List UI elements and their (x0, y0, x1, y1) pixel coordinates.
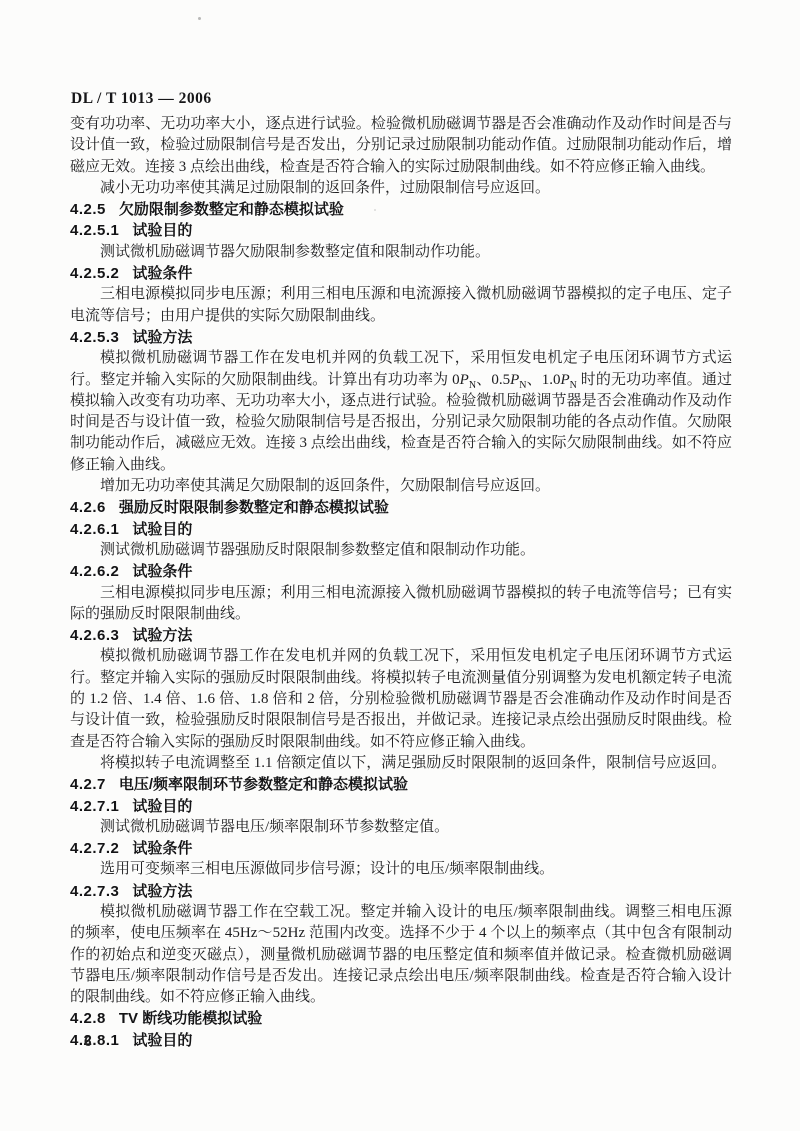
section-heading-4-2-5-1: 4.2.5.1试验目的 (70, 220, 732, 241)
section-title: 试验方法 (132, 329, 192, 346)
section-heading-4-2-8-1: 4.2.8.1试验目的 (70, 1030, 732, 1051)
section-heading-4-2-7-1: 4.2.7.1试验目的 (70, 796, 732, 817)
section-title: 试验方法 (132, 883, 192, 900)
section-number: 4.2.8 (70, 1008, 106, 1029)
section-heading-4-2-7-3: 4.2.7.3试验方法 (70, 881, 732, 902)
section-number: 4.2.7.2 (70, 838, 119, 859)
scan-artifact (198, 17, 201, 20)
section-title: 试验目的 (132, 798, 192, 815)
section-number: 4.2.5.1 (70, 220, 119, 241)
section-title: 强励反时限限制参数整定和静态模拟试验 (119, 499, 389, 516)
paragraph-4-2-6-3-method: 模拟微机励磁调节器工作在发电机并网的负载工况下，采用恒发电机定子电压闭环调节方式… (70, 646, 732, 752)
section-title: 试验目的 (132, 521, 192, 538)
section-number: 4.2.7.1 (70, 796, 119, 817)
section-number: 4.2.6.1 (70, 519, 119, 540)
section-title: 试验目的 (132, 1032, 192, 1049)
section-number: 4.2.6.2 (70, 561, 119, 582)
section-number: 4.2.5.3 (70, 327, 119, 348)
section-title: 欠励限制参数整定和静态模拟试验 (119, 201, 344, 218)
section-number: 4.2.5.2 (70, 263, 119, 284)
paragraph-4-2-6-1-purpose: 测试微机励磁调节器强励反时限限制参数整定值和限制动作功能。 (70, 540, 732, 561)
doc-number-header: DL / T 1013 — 2006 (71, 90, 212, 108)
section-heading-4-2-7: 4.2.7电压/频率限制环节参数整定和静态模拟试验 (70, 774, 732, 795)
section-heading-4-2-8: 4.2.8TV 断线功能模拟试验 (70, 1008, 732, 1029)
paragraph-4-2-6-2-conditions: 三相电源模拟同步电压源；利用三相电流源接入微机励磁调节器模拟的转子电流等信号；已… (70, 583, 732, 626)
section-heading-4-2-6-3: 4.2.6.3试验方法 (70, 625, 732, 646)
paragraph-4-2-5-1-purpose: 测试微机励磁调节器欠励限制参数整定值和限制动作功能。 (70, 242, 732, 263)
paragraph-4-2-7-2-conditions: 选用可变频率三相电压源做同步信号源；设计的电压/频率限制曲线。 (70, 859, 732, 880)
section-title: 试验条件 (132, 563, 192, 580)
section-title: 试验目的 (132, 222, 192, 239)
paragraph-4-2-5-3-method: 模拟微机励磁调节器工作在发电机并网的负载工况下，采用恒发电机定子电压闭环调节方式… (70, 348, 732, 476)
paragraph-4-2-7-1-purpose: 测试微机励磁调节器电压/频率限制环节参数整定值。 (70, 817, 732, 838)
paragraph-4-2-7-3-method: 模拟微机励磁调节器工作在空载工况。整定并输入设计的电压/频率限制曲线。调整三相电… (70, 902, 732, 1008)
section-title: 试验条件 (132, 265, 192, 282)
section-heading-4-2-6: 4.2.6强励反时限限制参数整定和静态模拟试验 (70, 497, 732, 518)
paragraph-4-2-5-2-conditions: 三相电源模拟同步电压源；利用三相电压源和电流源接入微机励磁调节器模拟的定子电压、… (70, 284, 732, 327)
paragraph-inverse-time-return: 将模拟转子电流调整至 1.1 倍额定值以下，满足强励反时限限制的返回条件，限制信… (70, 753, 732, 774)
section-number: 4.2.5 (70, 199, 106, 220)
section-number: 4.2.6.3 (70, 625, 119, 646)
doc-body: 变有功功率、无功功率大小，逐点进行试验。检验微机励磁调节器是否会准确动作及动作时… (70, 114, 732, 1051)
section-title: 电压/频率限制环节参数整定和静态模拟试验 (119, 776, 408, 793)
paragraph-underexcitation-return: 增加无功功率使其满足欠励限制的返回条件，欠励限制信号应返回。 (70, 476, 732, 497)
section-heading-4-2-7-2: 4.2.7.2试验条件 (70, 838, 732, 859)
section-title: 试验方法 (132, 627, 192, 644)
paragraph-overexcitation-test-continued: 变有功功率、无功功率大小，逐点进行试验。检验微机励磁调节器是否会准确动作及动作时… (70, 114, 732, 178)
section-number: 4.2.7 (70, 774, 106, 795)
document-page: DL / T 1013 — 2006 变有功功率、无功功率大小，逐点进行试验。检… (0, 0, 800, 1131)
section-number: 4.2.6 (70, 497, 106, 518)
section-heading-4-2-5-3: 4.2.5.3试验方法 (70, 327, 732, 348)
section-title: TV 断线功能模拟试验 (119, 1010, 262, 1027)
section-heading-4-2-6-1: 4.2.6.1试验目的 (70, 519, 732, 540)
section-heading-4-2-5-2: 4.2.5.2试验条件 (70, 263, 732, 284)
section-number: 4.2.7.3 (70, 881, 119, 902)
page-number: 6 (84, 1034, 92, 1051)
section-number: 4.2.8.1 (70, 1030, 119, 1051)
section-heading-4-2-6-2: 4.2.6.2试验条件 (70, 561, 732, 582)
paragraph-overexcitation-return: 减小无功功率使其满足过励限制的返回条件，过励限制信号应返回。 (70, 178, 732, 199)
section-heading-4-2-5: 4.2.5欠励限制参数整定和静态模拟试验 (70, 199, 732, 220)
section-title: 试验条件 (132, 840, 192, 857)
